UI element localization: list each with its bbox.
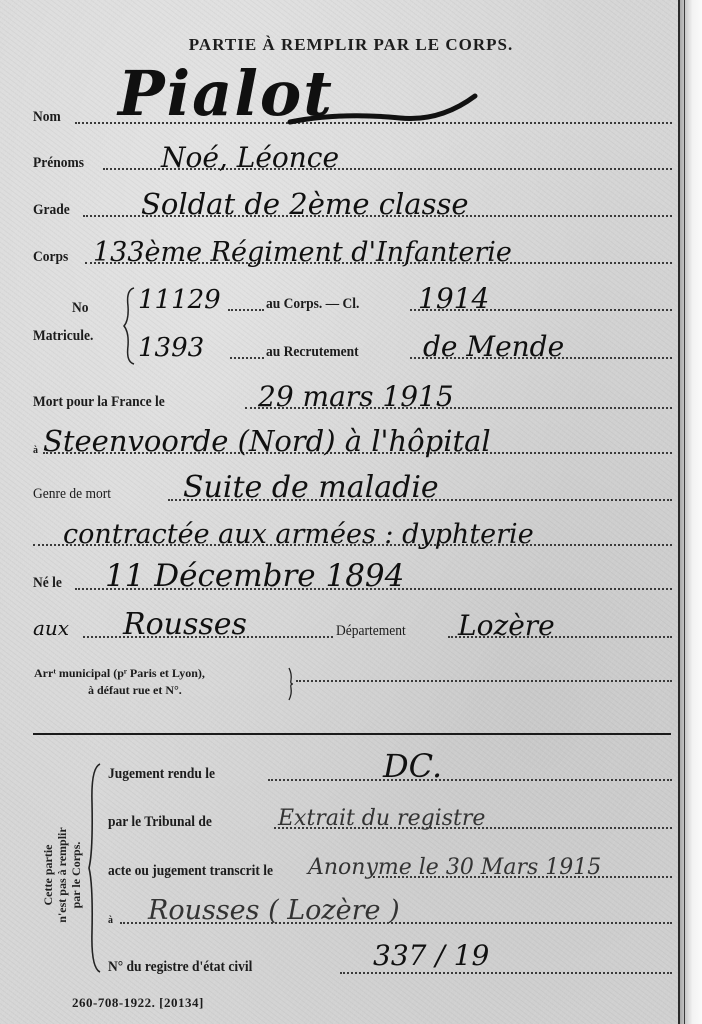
field-matricule-corps: 11129 au Corps. — Cl. 1914	[138, 285, 672, 315]
lieu-mort-label: à	[33, 444, 38, 456]
field-jugement: Jugement rendu le DC.	[108, 755, 672, 785]
transcrit-label: acte ou jugement transcrit le	[108, 863, 273, 880]
section-divider	[33, 733, 671, 735]
field-corps: Corps 133ème Régiment d'Infanterie	[33, 238, 672, 268]
field-genre-mort: Genre de mort Suite de maladie	[33, 475, 672, 505]
field-lieu-naissance: aux Rousses Département Lozère	[33, 612, 672, 642]
arrondissement-dotted-line	[296, 680, 672, 682]
mort-label: Mort pour la France le	[33, 394, 165, 411]
matricule-no-label: No	[72, 300, 89, 317]
registre-dotted-line	[340, 972, 672, 974]
field-genre-mort-cont: contractée aux armées : dyphterie	[33, 520, 672, 550]
field-naissance: Né le 11 Décembre 1894	[33, 564, 672, 594]
jugement-dotted-line	[268, 779, 672, 781]
lieu-naissance-value: Rousses	[123, 607, 247, 642]
field-matricule-recrutement: 1393 au Recrutement de Mende	[138, 333, 672, 363]
recrutement-place: de Mende	[423, 330, 564, 363]
lieu-transcrit-label: à	[108, 914, 113, 926]
nom-label: Nom	[33, 109, 61, 126]
tribunal-label: par le Tribunal de	[108, 814, 212, 831]
prenoms-value: Noé, Léonce	[161, 141, 339, 174]
recrutement-dotted	[230, 357, 264, 359]
form-title: PARTIE À REMPLIR PAR LE CORPS.	[0, 35, 702, 55]
field-mort: Mort pour la France le 29 mars 1915	[33, 383, 672, 413]
grade-label: Grade	[33, 202, 70, 219]
matricule-brace	[122, 286, 138, 366]
jugement-value: DC.	[383, 747, 442, 785]
field-prenoms: Prénoms Noé, Léonce	[33, 144, 672, 174]
prenoms-label: Prénoms	[33, 155, 84, 172]
arrondissement-brace	[286, 666, 296, 702]
arrondissement-label-1: Arrᵗ municipal (pʳ Paris et Lyon),	[34, 666, 205, 681]
departement-value: Lozère	[458, 609, 555, 642]
registre-value: 337 / 19	[373, 939, 489, 972]
matricule-corps-value: 11129	[138, 285, 221, 315]
corps-value: 133ème Régiment d'Infanterie	[93, 237, 512, 268]
tribunal-value: Extrait du registre	[278, 806, 485, 831]
border-rule	[678, 0, 680, 1024]
lieu-transcrit-value: Rousses ( Lozère )	[148, 895, 400, 926]
lieu-naissance-prefix: aux	[33, 616, 69, 640]
genre-mort-value-1: Suite de maladie	[183, 470, 439, 505]
naissance-value: 11 Décembre 1894	[105, 558, 404, 594]
side-note: Cette partie n'est pas à remplir par le …	[32, 790, 92, 960]
field-lieu-mort: à Steenvoorde (Nord) à l'hôpital	[33, 428, 672, 458]
genre-mort-value-2: contractée aux armées : dyphterie	[63, 519, 534, 550]
mort-value: 29 mars 1915	[258, 380, 454, 413]
recrutement-value: 1393	[138, 333, 204, 363]
naissance-label: Né le	[33, 575, 62, 592]
lieu-mort-value: Steenvoorde (Nord) à l'hôpital	[43, 424, 491, 458]
departement-label: Département	[336, 623, 406, 640]
classe-value: 1914	[418, 282, 489, 315]
side-note-line-3: par le Corps.	[69, 827, 83, 922]
genre-mort-label: Genre de mort	[33, 486, 111, 503]
transcrit-value: Anonyme le 30 Mars 1915	[308, 855, 601, 880]
page-edge	[678, 0, 702, 1024]
nom-underline-flourish	[280, 92, 480, 132]
print-reference: 260-708-1922. [20134]	[72, 995, 204, 1011]
matricule-corps-label: au Corps. — Cl.	[266, 296, 359, 313]
arrondissement-label-2: à défaut rue et N°.	[88, 683, 182, 698]
field-tribunal: par le Tribunal de Extrait du registre	[108, 803, 672, 833]
field-registre: N° du registre d'état civil 337 / 19	[108, 948, 672, 978]
border-rule-inner	[684, 0, 685, 1024]
side-note-line-1: Cette partie	[41, 827, 55, 922]
field-lieu-transcrit: à Rousses ( Lozère )	[108, 898, 672, 928]
matricule-label: Matricule.	[33, 328, 93, 345]
field-transcrit: acte ou jugement transcrit le Anonyme le…	[108, 852, 672, 882]
side-note-brace	[88, 762, 102, 974]
corps-label: Corps	[33, 249, 68, 266]
matricule-corps-dotted	[228, 309, 264, 311]
registre-label: N° du registre d'état civil	[108, 959, 252, 976]
jugement-label: Jugement rendu le	[108, 766, 215, 783]
recrutement-label: au Recrutement	[266, 344, 359, 361]
side-note-line-2: n'est pas à remplir	[55, 827, 69, 922]
grade-value: Soldat de 2ème classe	[141, 187, 469, 221]
field-grade: Grade Soldat de 2ème classe	[33, 191, 672, 221]
